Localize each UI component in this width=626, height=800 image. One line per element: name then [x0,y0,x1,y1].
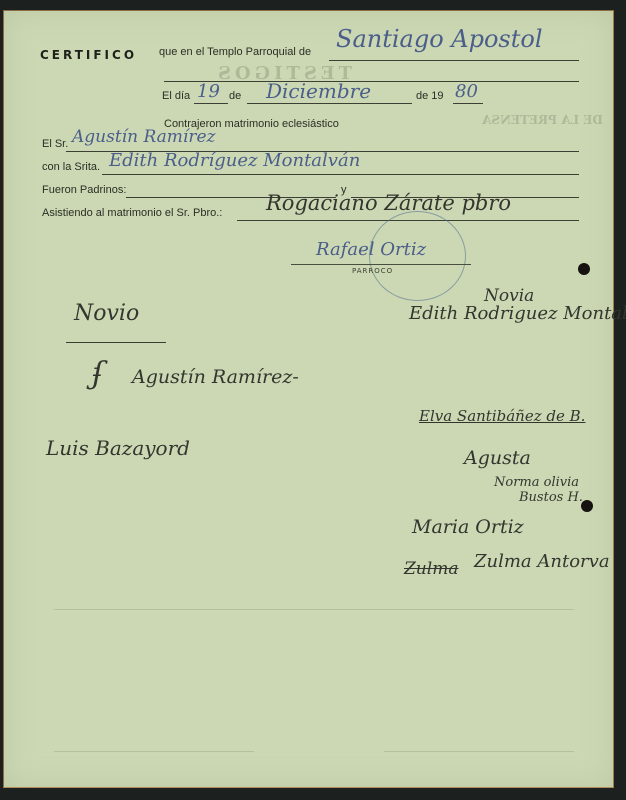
sr-value: Agustín Ramírez [72,127,215,147]
ghost-pretensa: DE LA PRETENSA [482,113,603,127]
ghost-line [54,751,254,752]
asistiendo-label: Asistiendo al matrimonio el Sr. Pbro.: [42,207,222,219]
templo-line [329,60,579,61]
novio-flourish: ʄ [92,356,103,391]
padrinos-label: Fueron Padrinos: [42,184,126,196]
punch-hole-top [578,263,590,275]
year-line [453,103,483,104]
srita-line [102,174,579,175]
witness-3-line1: Norma olivia [494,475,579,490]
novio-signature: Agustín Ramírez- [132,366,299,388]
srita-label: con la Srita. [42,161,100,173]
witness-1-signature: Elva Santibáñez de B. [419,407,585,425]
witness-5-signature: Zulma Antorva [474,551,610,572]
parroco-signature: Rafael Ortiz [316,239,426,260]
pbro-value: Rogaciano Zárate pbro [266,191,511,215]
punch-hole-bottom [581,500,593,512]
certificate-page: TESTIGOS DE LA PRETENSA CERTIFICO que en… [3,10,614,788]
dia-line [194,103,228,104]
sr-label: El Sr. [42,138,68,150]
ghost-line [54,609,574,610]
witness-left-signature: Luis Bazayord [46,436,190,460]
ghost-line [384,751,574,752]
mes-line [247,103,412,104]
dia-value: 19 [197,81,220,102]
parroco-label: PARROCO [352,267,393,275]
witness-5-struck: Zulma [404,559,458,579]
witness-3-line2: Bustos H. [519,490,583,505]
de-label: de [229,90,241,102]
templo-label: que en el Templo Parroquial de [159,46,311,58]
year-value: 80 [455,81,478,102]
novia-signature: Edith Rodriguez Montalván [409,303,626,324]
mes-value: Diciembre [266,79,371,103]
year-prefix: de 19 [416,90,444,102]
witness-2-signature: Agusta [464,447,531,469]
dia-label: El día [162,90,190,102]
templo-value: Santiago Apostol [336,25,543,53]
parroco-line [291,264,471,265]
novio-label: Novio [74,301,139,326]
heading-certifico: CERTIFICO [40,48,137,62]
witness-4-signature: Maria Ortiz [412,516,524,538]
novio-underline [66,342,166,343]
blank-line [164,81,579,82]
srita-value: Edith Rodríguez Montalván [109,150,360,171]
